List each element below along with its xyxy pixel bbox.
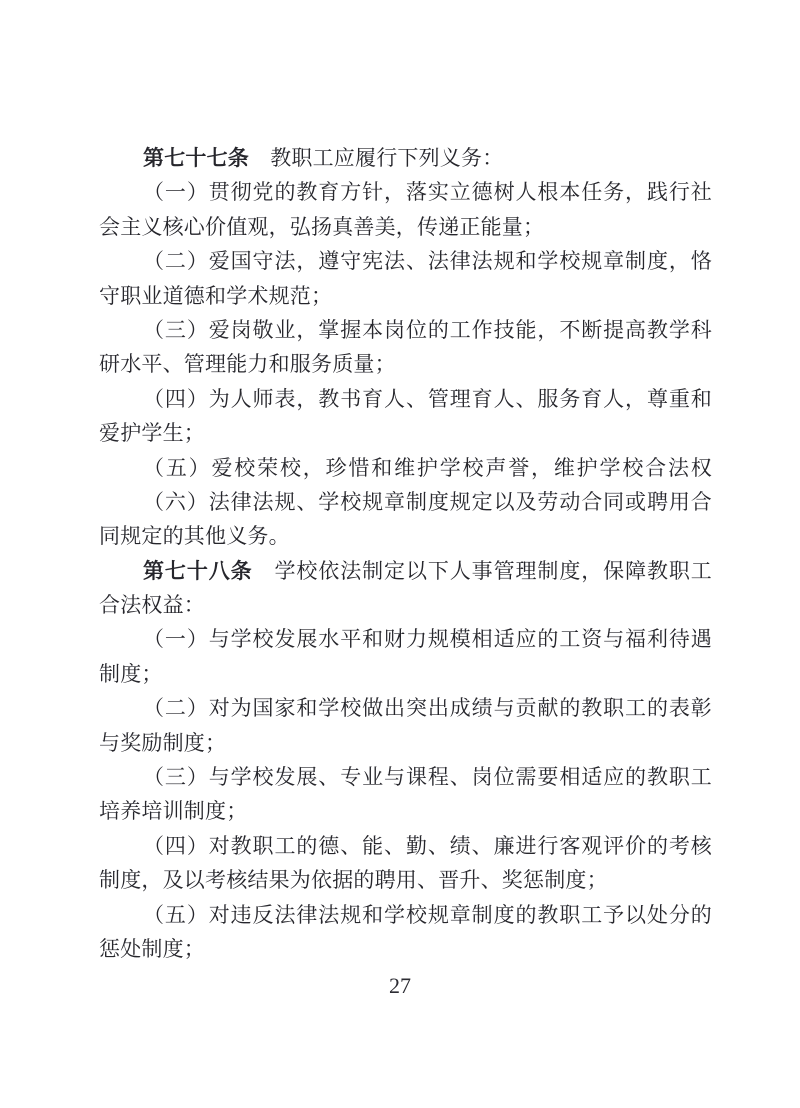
text-line: （四）对教职工的德、能、勤、绩、廉进行客观评价的考核 (99, 829, 712, 863)
text-line: 研水平、管理能力和服务质量； (99, 347, 712, 381)
text-line: （五）爱校荣校，珍惜和维护学校声誉，维护学校合法权益； (99, 451, 712, 485)
text-line: 与奖励制度； (99, 726, 712, 760)
text-line: （二）对为国家和学校做出突出成绩与贡献的教职工的表彰 (99, 691, 712, 725)
article-title-text: 教职工应履行下列义务： (249, 146, 503, 170)
text-line: 第七十七条 教职工应履行下列义务： (99, 141, 712, 175)
text-line: 守职业道德和学术规范； (99, 279, 712, 313)
text-line: （二）爱国守法，遵守宪法、法律法规和学校规章制度，恪 (99, 244, 712, 278)
text-line: （一）与学校发展水平和财力规模相适应的工资与福利待遇 (99, 622, 712, 656)
text-line: 制度，及以考核结果为依据的聘用、晋升、奖惩制度； (99, 863, 712, 897)
text-line: 培养培训制度； (99, 794, 712, 828)
text-line: （三）爱岗敬业，掌握本岗位的工作技能，不断提高教学科 (99, 313, 712, 347)
text-line: （一）贯彻党的教育方针，落实立德树人根本任务，践行社 (99, 175, 712, 209)
document-page: 第七十七条 教职工应履行下列义务：（一）贯彻党的教育方针，落实立德树人根本任务，… (0, 0, 800, 1108)
text-line: 会主义核心价值观，弘扬真善美，传递正能量； (99, 210, 712, 244)
text-line: （三）与学校发展、专业与课程、岗位需要相适应的教职工 (99, 760, 712, 794)
text-line: 惩处制度； (99, 932, 712, 966)
text-line: （六）法律法规、学校规章制度规定以及劳动合同或聘用合 (99, 485, 712, 519)
text-line: 合法权益： (99, 588, 712, 622)
text-line: （五）对违反法律法规和学校规章制度的教职工予以处分的 (99, 898, 712, 932)
document-body: 第七十七条 教职工应履行下列义务：（一）贯彻党的教育方针，落实立德树人根本任务，… (99, 141, 712, 966)
article-number: 第七十七条 (143, 146, 249, 170)
article-title-text: 学校依法制定以下人事管理制度，保障教职工 (253, 559, 712, 583)
text-line: 同规定的其他义务。 (99, 519, 712, 553)
text-line: 爱护学生； (99, 416, 712, 450)
page-number: 27 (0, 969, 800, 1003)
text-line: （四）为人师表，教书育人、管理育人、服务育人，尊重和 (99, 382, 712, 416)
article-number: 第七十八条 (143, 559, 253, 583)
text-line: 制度； (99, 657, 712, 691)
text-line: 第七十八条 学校依法制定以下人事管理制度，保障教职工 (99, 554, 712, 588)
